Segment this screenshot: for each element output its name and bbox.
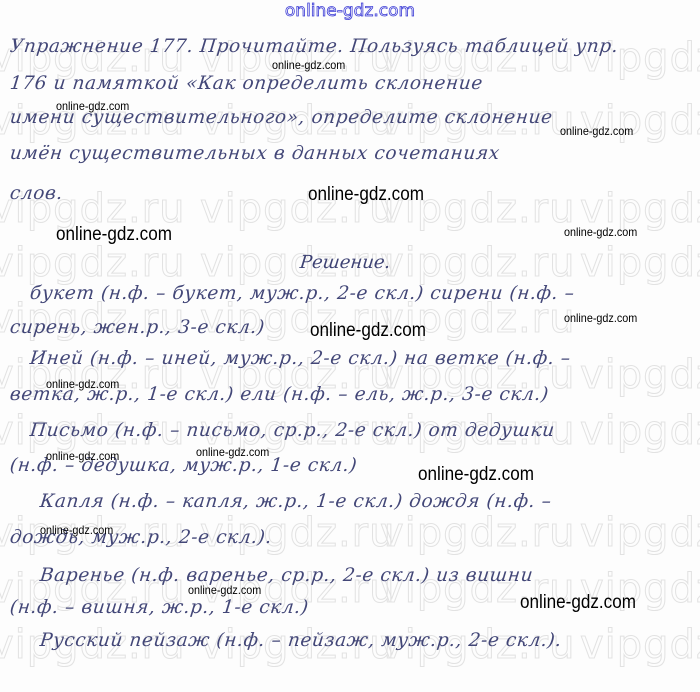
background-watermark: vipgdz.ru [580, 408, 700, 454]
site-watermark: online-gdz.com [418, 464, 534, 486]
background-watermark: vipgdz.ru [580, 622, 700, 668]
site-watermark: online-gdz.com [196, 445, 269, 459]
site-watermark: online-gdz.com [56, 224, 172, 246]
background-watermark: vipgdz.ru [580, 352, 700, 398]
site-watermark: online-gdz.com [46, 377, 119, 391]
solution-line: сирень, жен.р., 3-е скл.) [9, 317, 266, 338]
solution-line: Русский пейзаж (н.ф. – пейзаж, муж.р., 2… [39, 630, 563, 651]
header-watermark: online-gdz.com [0, 1, 700, 21]
site-watermark: online-gdz.com [46, 449, 119, 463]
site-watermark: online-gdz.com [560, 124, 633, 138]
solution-line: Иней (н.ф. – иней, муж.р., 2-е скл.) на … [29, 348, 572, 369]
background-watermark: vipgdz.ru [580, 240, 700, 286]
background-watermark: vipgdz.ru [380, 240, 575, 286]
task-line: слов. [9, 183, 64, 204]
background-watermark: vipgdz.ru [0, 240, 185, 286]
task-line: 176 и памяткой «Как определить склонение [9, 73, 484, 94]
site-watermark: online-gdz.com [56, 99, 129, 113]
solution-line: Письмо (н.ф. – письмо, ср.р., 2-е скл.) … [29, 420, 556, 441]
task-line: Упражнение 177. Прочитайте. Пользуясь та… [9, 36, 620, 57]
solution-title: Решение. [299, 252, 392, 273]
solution-line: Варенье (н.ф. варенье, ср.р., 2-е скл.) … [39, 565, 534, 586]
background-watermark: vipgdz.ru [380, 510, 575, 556]
site-watermark: online-gdz.com [188, 583, 261, 597]
site-watermark: online-gdz.com [272, 58, 345, 72]
site-watermark: online-gdz.com [310, 320, 426, 342]
site-watermark: online-gdz.com [308, 184, 424, 206]
solution-line: букет (н.ф. – букет, муж.р., 2-е скл.) с… [29, 283, 576, 304]
site-watermark: online-gdz.com [40, 523, 113, 537]
background-watermark: vipgdz.ru [580, 510, 700, 556]
solution-line: (н.ф. – вишня, ж.р., 1-е скл.) [9, 597, 310, 618]
site-watermark: online-gdz.com [564, 225, 637, 239]
homework-page: vipgdz.ru vipgdz.ru vipgdz.ru vipgdz.ru … [0, 0, 700, 692]
site-watermark: online-gdz.com [564, 311, 637, 325]
site-watermark: online-gdz.com [520, 592, 636, 614]
solution-line: Капля (н.ф. – капля, ж.р., 1-е скл.) дож… [39, 491, 553, 512]
task-line: имён существительных в данных сочетаниях [9, 143, 501, 164]
